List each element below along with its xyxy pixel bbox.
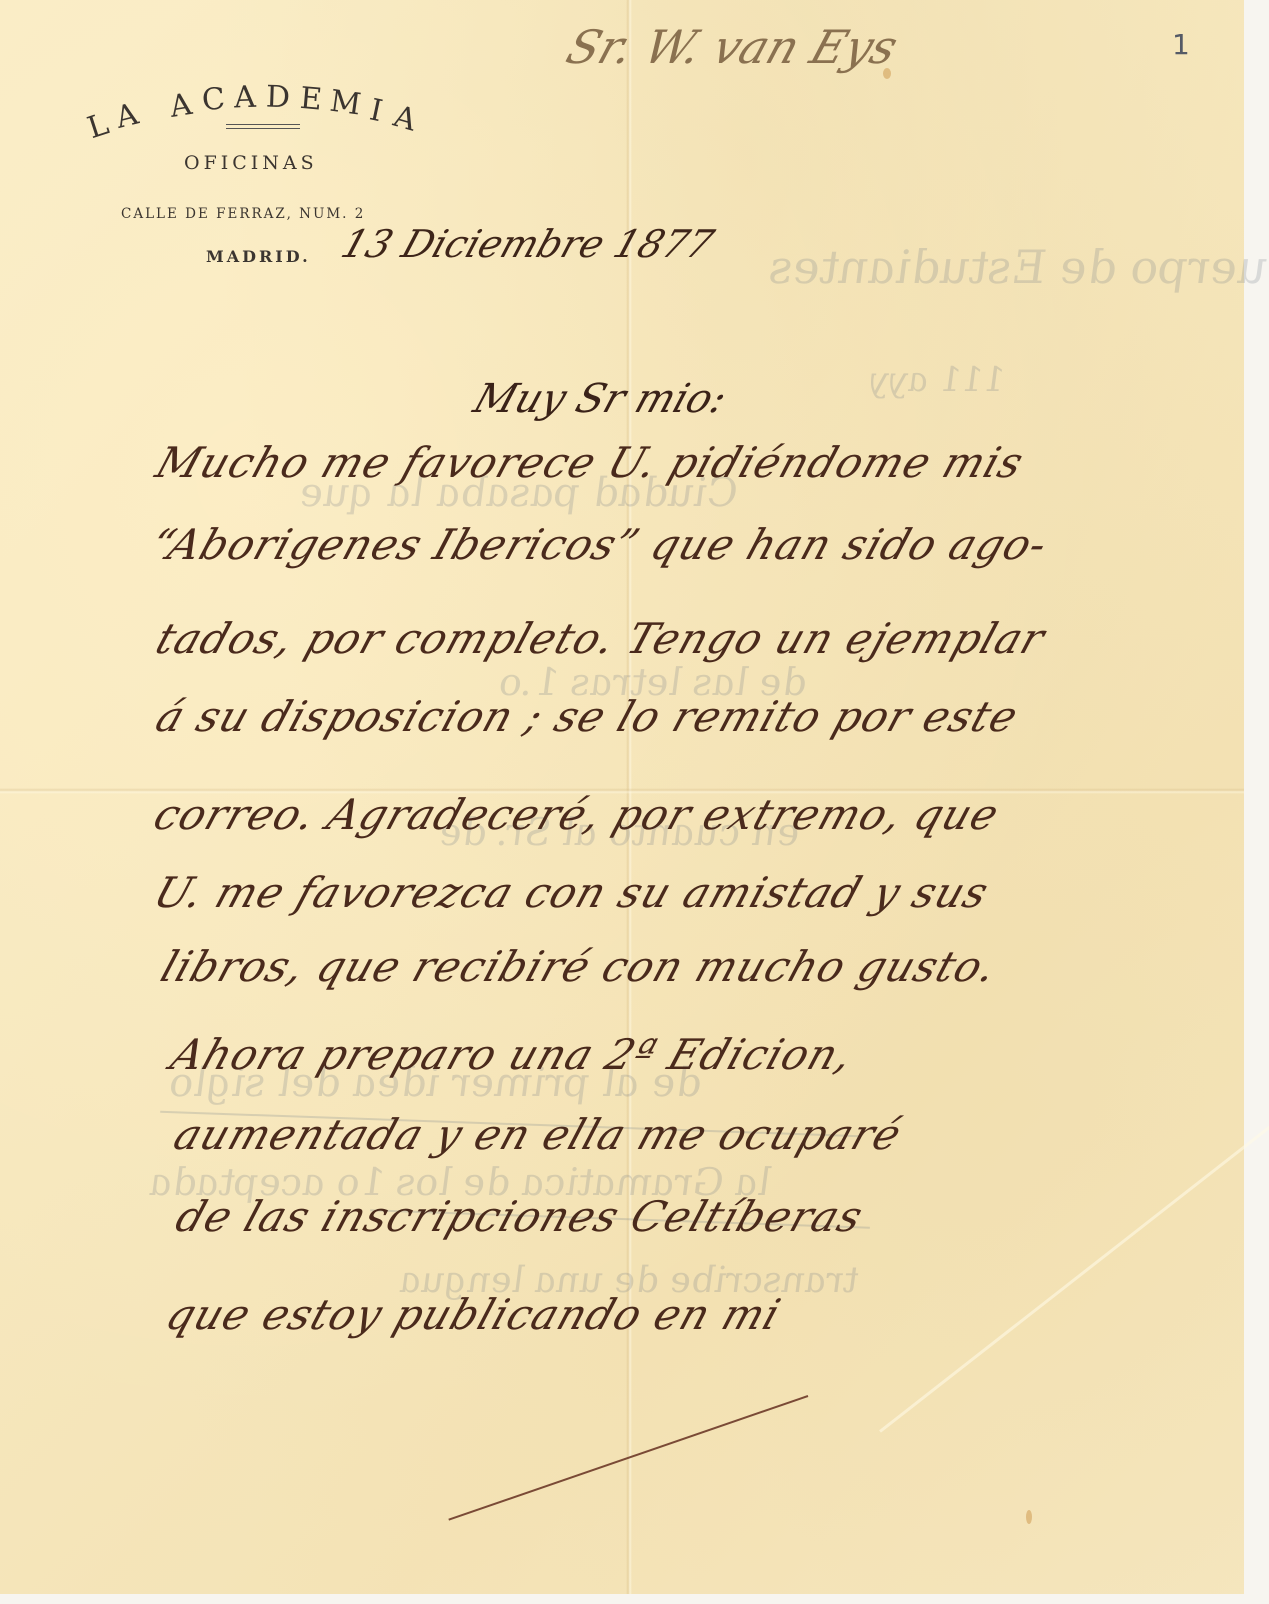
- body-line: tados, por completo. Tengo un ejemplar: [150, 614, 1051, 663]
- body-line: “Aborigenes Ibericos” que han sido ago-: [145, 520, 1054, 569]
- body-line: libros, que recibiré con mucho gusto.: [155, 942, 1003, 991]
- letter-paper: Cuerpo de Estudiantes 111 ayy Ciudad pas…: [0, 0, 1244, 1594]
- letter-date: 13 Diciembre 1877: [336, 222, 719, 266]
- letterhead-address: CALLE DE FERRAZ, NUM. 2: [121, 206, 365, 222]
- body-line: á su disposicion ; se lo remito por este: [150, 692, 1025, 741]
- body-line: U. me favorezca con su amistad y sus: [148, 868, 995, 917]
- body-line: de las inscripciones Celtíberas: [170, 1192, 870, 1241]
- body-line: que estoy publicando en mi: [160, 1290, 787, 1339]
- bleed-through-text: 111 ayy: [864, 360, 1011, 400]
- page-number: 1: [1172, 28, 1190, 61]
- body-line: Mucho me favorece U. pidiéndome mis: [150, 438, 1030, 487]
- letterhead-title: L A A C A D E M I A: [80, 80, 440, 140]
- letterhead-city: MADRID.: [206, 247, 311, 266]
- addressee: Sr. W. van Eys: [560, 20, 905, 74]
- letterhead-divider: [226, 124, 300, 129]
- body-line: aumentada y en ella me ocuparé: [168, 1110, 908, 1159]
- ink-stain: [1026, 1510, 1032, 1524]
- body-line: correo. Agradeceré, por extremo, que: [148, 790, 1006, 839]
- diagonal-fold-crease: [879, 1110, 1269, 1433]
- bleed-through-text: Cuerpo de Estudiantes: [761, 240, 1269, 294]
- letterhead-subtitle: OFICINAS: [184, 152, 318, 174]
- salutation: Muy Sr mio:: [468, 376, 733, 422]
- body-line: Ahora preparo una 2ª Edicion,: [165, 1030, 860, 1079]
